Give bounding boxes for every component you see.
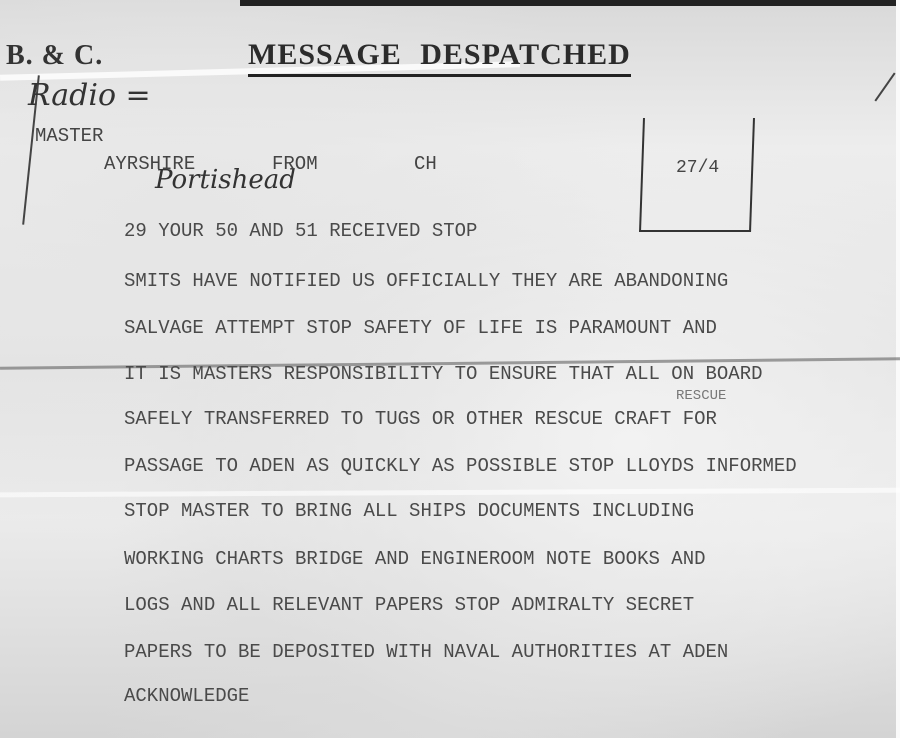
page-right-edge bbox=[896, 0, 900, 738]
message-line: LOGS AND ALL RELEVANT PAPERS STOP ADMIRA… bbox=[124, 594, 694, 616]
from-label: FROM bbox=[272, 153, 318, 175]
message-line: WORKING CHARTS BRIDGE AND ENGINEROOM NOT… bbox=[124, 548, 706, 570]
date-stamp: 27/4 bbox=[676, 158, 719, 178]
message-line: PASSAGE TO ADEN AS QUICKLY AS POSSIBLE S… bbox=[124, 455, 797, 477]
addressee: MASTER bbox=[35, 125, 103, 147]
ship-name: AYRSHIRE bbox=[104, 153, 195, 175]
handwritten-radio-note: Radio = bbox=[28, 78, 151, 113]
paper-crease bbox=[0, 488, 900, 498]
typed-correction: RESCUE bbox=[676, 388, 726, 404]
message-line: IT IS MASTERS RESPONSIBILITY TO ENSURE T… bbox=[124, 363, 763, 385]
message-line: 29 YOUR 50 AND 51 RECEIVED STOP bbox=[124, 220, 477, 242]
page-top-edge bbox=[240, 0, 900, 6]
message-line: SMITS HAVE NOTIFIED US OFFICIALLY THEY A… bbox=[124, 270, 728, 292]
message-line: ACKNOWLEDGE bbox=[124, 685, 249, 707]
sender-code: CH bbox=[414, 153, 437, 175]
document-title: MESSAGE DESPATCHED bbox=[248, 38, 631, 77]
message-line: SAFELY TRANSFERRED TO TUGS OR OTHER RESC… bbox=[124, 408, 717, 430]
telegram-page: B. & C. MESSAGE DESPATCHED Radio = Porti… bbox=[0, 0, 900, 738]
handwritten-tick-mark bbox=[874, 73, 895, 102]
message-line: STOP MASTER TO BRING ALL SHIPS DOCUMENTS… bbox=[124, 500, 694, 522]
message-line: PAPERS TO BE DEPOSITED WITH NAVAL AUTHOR… bbox=[124, 641, 728, 663]
message-line: SALVAGE ATTEMPT STOP SAFETY OF LIFE IS P… bbox=[124, 317, 717, 339]
organization-mark: B. & C. bbox=[6, 40, 103, 72]
